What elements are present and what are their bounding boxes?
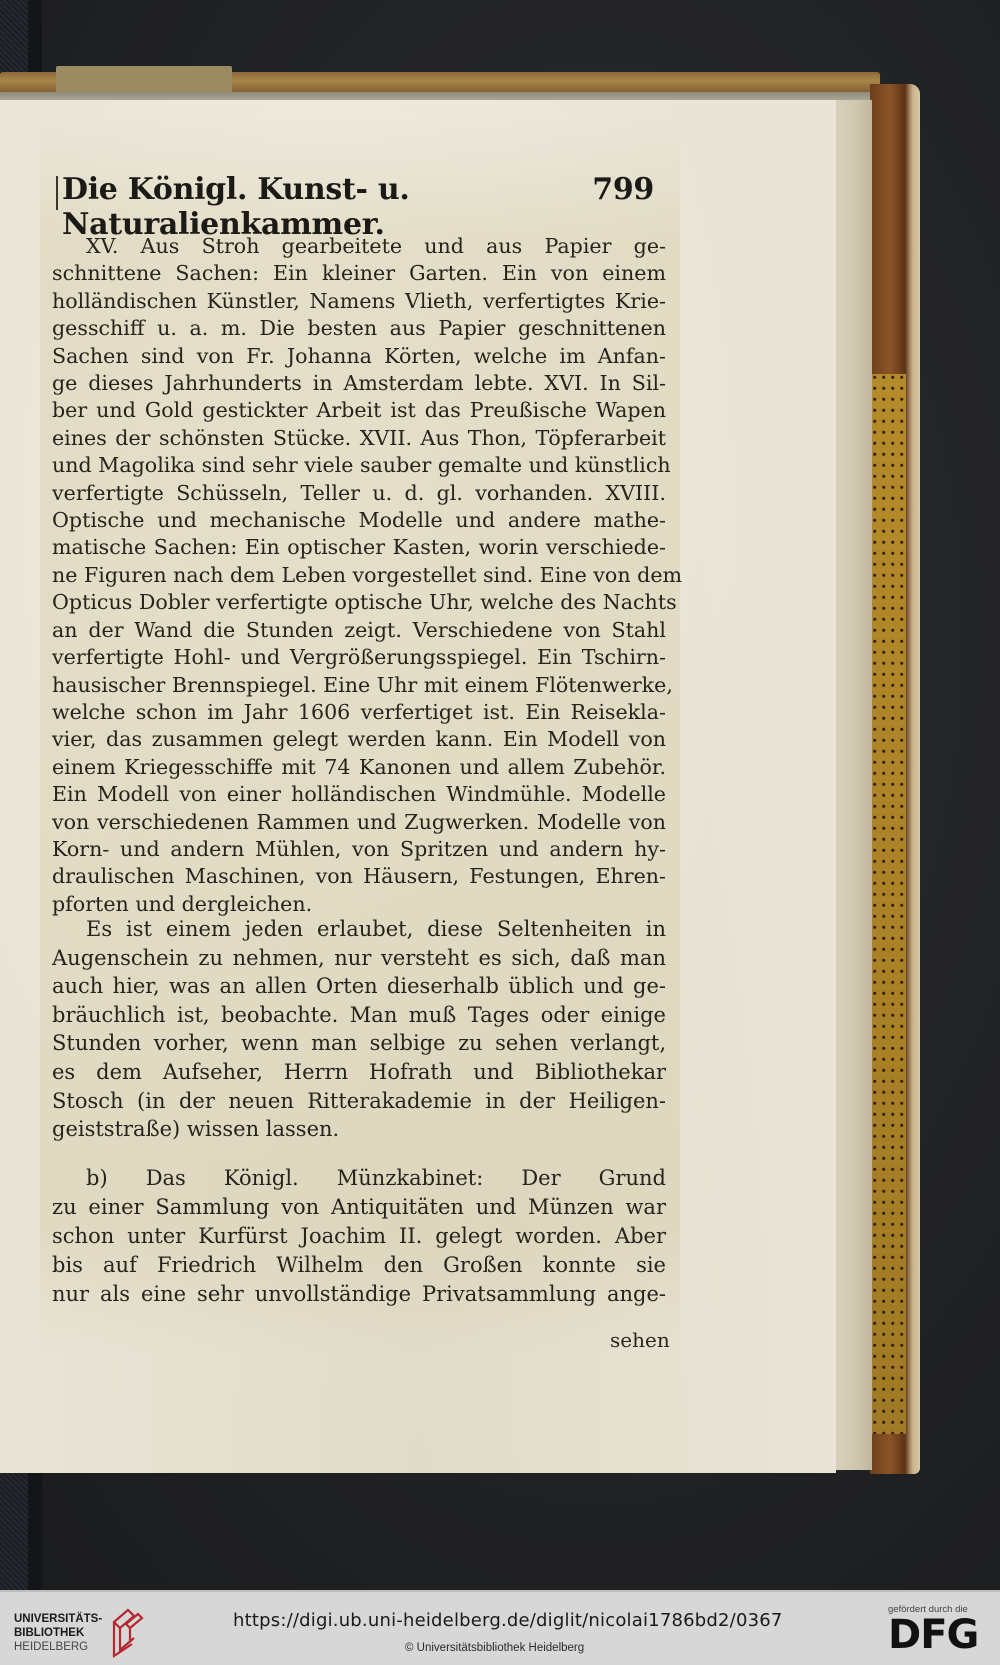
viewer-footer: UNIVERSITÄTS- BIBLIOTHEK HEIDELBERG http… xyxy=(0,1590,1000,1665)
text-line: b) Das Königl. Münzkabinet: Der Grund xyxy=(52,1164,666,1193)
text-line: gesschiff u. a. m. Die besten aus Papier… xyxy=(52,315,666,342)
text-line: Es ist einem jeden erlaubet, diese Selte… xyxy=(52,915,666,944)
page-number: 799 xyxy=(592,172,654,207)
text-line: schon unter Kurfürst Joachim II. gelegt … xyxy=(52,1222,666,1251)
text-line: Optische und mechanische Modelle und and… xyxy=(52,507,666,534)
text-line: hausischer Brennspiegel. Eine Uhr mit ei… xyxy=(52,672,666,699)
text-line: ge dieses Jahrhunderts in Amsterdam lebt… xyxy=(52,370,666,397)
page-fore-edge xyxy=(834,100,872,1470)
text-line: verfertigte Hohl- und Vergrößerungsspieg… xyxy=(52,644,666,671)
text-line: zu einer Sammlung von Antiquitäten und M… xyxy=(52,1193,666,1222)
permalink-url[interactable]: https://digi.ub.uni-heidelberg.de/diglit… xyxy=(233,1610,783,1631)
running-head: Die Königl. Kunst- u. Naturalienkammer. … xyxy=(62,172,654,242)
book-top-edge xyxy=(0,72,880,94)
text-line: an der Wand die Stunden zeigt. Verschied… xyxy=(52,617,666,644)
text-line: schnittene Sachen: Ein kleiner Garten. E… xyxy=(52,260,666,287)
library-name-line2: BIBLIOTHEK xyxy=(14,1626,102,1640)
catchword: sehen xyxy=(610,1328,670,1352)
head-rule xyxy=(56,176,58,210)
library-name: UNIVERSITÄTS- BIBLIOTHEK HEIDELBERG xyxy=(14,1612,102,1654)
library-name-line1: UNIVERSITÄTS- xyxy=(14,1612,102,1626)
text-line: holländischen Künstler, Namens Vlieth, v… xyxy=(52,288,666,315)
text-line: geiststraße) wissen lassen. xyxy=(52,1115,666,1144)
text-line: vier, das zusammen gelegt werden kann. E… xyxy=(52,726,666,753)
text-line: Augenschein zu nehmen, nur versteht es s… xyxy=(52,944,666,973)
dfg-logo-text: DFG xyxy=(888,1615,978,1655)
text-line: bis auf Friedrich Wilhelm den Großen kon… xyxy=(52,1251,666,1280)
text-line: ne Figuren nach dem Leben vorgestellet s… xyxy=(52,562,666,589)
marbled-edge xyxy=(872,374,906,1434)
ub-logo-mark-icon xyxy=(108,1608,146,1658)
text-line: welche schon im Jahr 1606 verfertiget is… xyxy=(52,699,666,726)
text-line: und Magolika sind sehr viele sauber gema… xyxy=(52,452,666,479)
text-line: matische Sachen: Ein optischer Kasten, w… xyxy=(52,534,666,561)
ub-heidelberg-logo[interactable]: UNIVERSITÄTS- BIBLIOTHEK HEIDELBERG xyxy=(14,1608,146,1658)
text-line: ber und Gold gestickter Arbeit ist das P… xyxy=(52,397,666,424)
text-line: Stunden vorher, wenn man selbige zu sehe… xyxy=(52,1029,666,1058)
dfg-funder-logo[interactable]: gefördert durch die DFG xyxy=(888,1604,978,1655)
text-line: von verschiedenen Rammen und Zugwerken. … xyxy=(52,809,666,836)
book-cover-edge xyxy=(870,84,920,1474)
paragraph-collections: XV. Aus Stroh gearbeitete und aus Papier… xyxy=(52,233,666,918)
library-name-line3: HEIDELBERG xyxy=(14,1640,102,1654)
spine-label-patch xyxy=(56,66,232,92)
text-line: Korn- und andern Mühlen, von Spritzen un… xyxy=(52,836,666,863)
text-line: es dem Aufseher, Herrn Hofrath und Bibli… xyxy=(52,1058,666,1087)
copyright-notice: © Universitätsbibliothek Heidelberg xyxy=(405,1642,584,1654)
paragraph-visiting: Es ist einem jeden erlaubet, diese Selte… xyxy=(52,915,666,1144)
text-line: verfertigte Schüsseln, Teller u. d. gl. … xyxy=(52,480,666,507)
text-line: eines der schönsten Stücke. XVII. Aus Th… xyxy=(52,425,666,452)
text-line: nur als eine sehr unvollständige Privats… xyxy=(52,1280,666,1309)
text-line: draulischen Maschinen, von Häusern, Fest… xyxy=(52,863,666,890)
text-line: auch hier, was an allen Orten dieserhalb… xyxy=(52,972,666,1001)
text-line: Opticus Dobler verfertigte optische Uhr,… xyxy=(52,589,666,616)
text-line: einem Kriegesschiffe mit 74 Kanonen und … xyxy=(52,754,666,781)
text-line: bräuchlich ist, beobachte. Man muß Tages… xyxy=(52,1001,666,1030)
text-line: Ein Modell von einer holländischen Windm… xyxy=(52,781,666,808)
text-line: Sachen sind von Fr. Johanna Körten, welc… xyxy=(52,343,666,370)
running-head-title: Die Königl. Kunst- u. Naturalienkammer. xyxy=(62,172,592,242)
text-line: Stosch (in der neuen Ritterakademie in d… xyxy=(52,1087,666,1116)
text-line: XV. Aus Stroh gearbeitete und aus Papier… xyxy=(52,233,666,260)
paragraph-coin-cabinet: b) Das Königl. Münzkabinet: Der Grund zu… xyxy=(52,1164,666,1309)
